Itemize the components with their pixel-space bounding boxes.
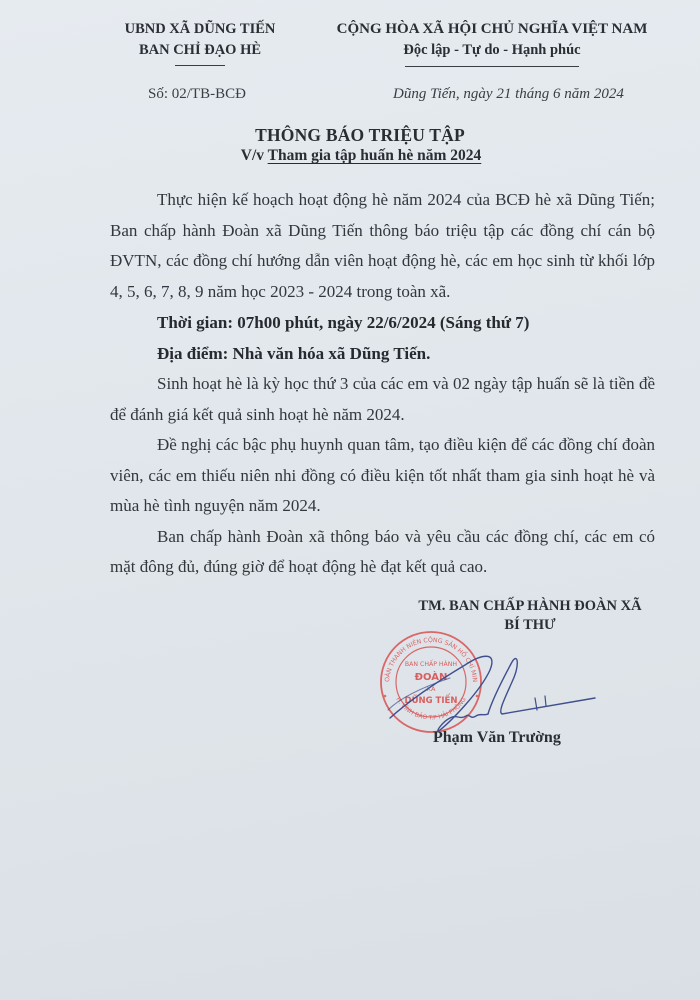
subtitle-prefix: V/v	[241, 147, 268, 164]
paragraph-purpose: Sinh hoạt hè là kỳ học thứ 3 của các em …	[110, 369, 655, 430]
paragraph-location: Địa điểm: Nhà văn hóa xã Dũng Tiến.	[110, 339, 655, 370]
agency-underline	[175, 65, 225, 66]
paragraph-request: Đề nghị các bậc phụ huynh quan tâm, tạo …	[110, 430, 655, 522]
document-title: THÔNG BÁO TRIỆU TẬP	[0, 125, 700, 146]
national-title: CỘNG HÒA XÃ HỘI CHỦ NGHĨA VIỆT NAM	[322, 19, 662, 40]
agency-line-1: UBND XÃ DŨNG TIẾN	[100, 19, 300, 40]
motto-underline	[405, 66, 579, 67]
document-page: UBND XÃ DŨNG TIẾN BAN CHỈ ĐẠO HÈ CỘNG HÒ…	[0, 0, 700, 1000]
national-motto: Độc lập - Tự do - Hạnh phúc	[322, 40, 662, 61]
document-subtitle: V/v Tham gia tập huấn hè năm 2024	[0, 147, 700, 165]
paragraph-time: Thời gian: 07h00 phút, ngày 22/6/2024 (S…	[110, 308, 655, 339]
document-body: Thực hiện kế hoạch hoạt động hè năm 2024…	[110, 185, 655, 583]
handwritten-signature-icon	[380, 640, 620, 740]
paragraph-closing: Ban chấp hành Đoàn xã thông báo và yêu c…	[110, 522, 655, 583]
paragraph-intro: Thực hiện kế hoạch hoạt động hè năm 2024…	[110, 185, 655, 307]
agency-line-2: BAN CHỈ ĐẠO HÈ	[100, 40, 300, 61]
subtitle-text: Tham gia tập huấn hè năm 2024	[268, 147, 482, 164]
issuing-agency: UBND XÃ DŨNG TIẾN BAN CHỈ ĐẠO HÈ	[100, 19, 300, 66]
on-behalf-label: TM. BAN CHẤP HÀNH ĐOÀN XÃ	[380, 597, 680, 616]
national-header: CỘNG HÒA XÃ HỘI CHỦ NGHĨA VIỆT NAM Độc l…	[322, 19, 662, 67]
document-number: Số: 02/TB-BCĐ	[148, 86, 246, 103]
place-date: Dũng Tiến, ngày 21 tháng 6 năm 2024	[393, 86, 624, 103]
signer-name: Phạm Văn Trường	[433, 729, 561, 747]
